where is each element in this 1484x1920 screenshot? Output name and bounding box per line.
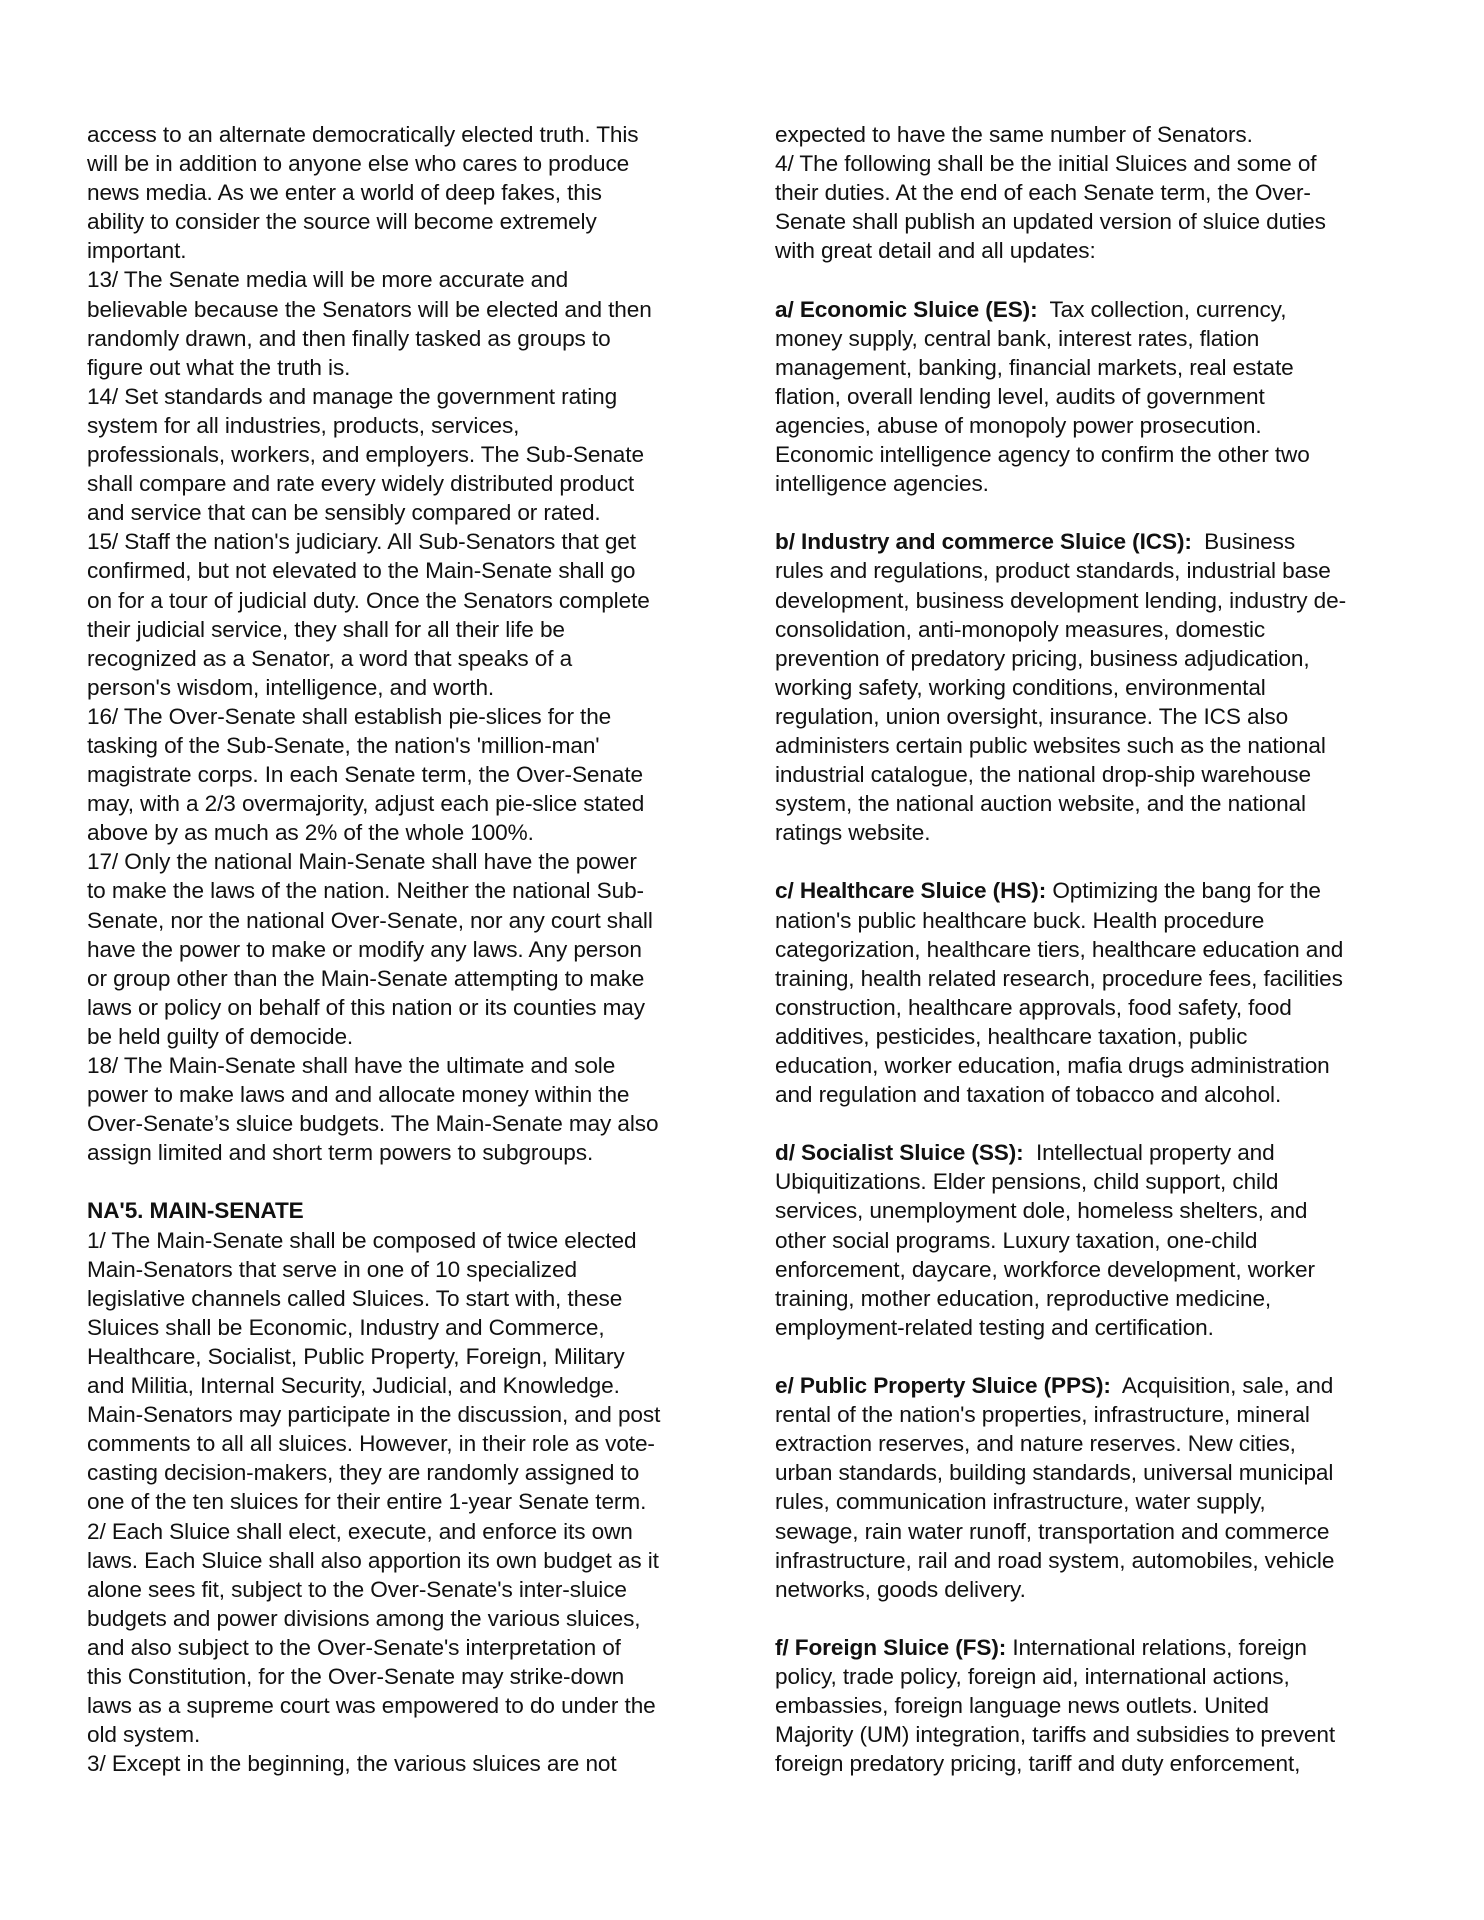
text-line: tasking of the Sub-Senate, the nation's … bbox=[87, 731, 717, 760]
sluice-label: a/ Economic Sluice (ES): bbox=[775, 297, 1038, 322]
text-line: Economic intelligence agency to confirm … bbox=[775, 440, 1405, 469]
text-line: this Constitution, for the Over-Senate m… bbox=[87, 1662, 717, 1691]
text-line: rental of the nation's properties, infra… bbox=[775, 1400, 1405, 1429]
text-line: rules, communication infrastructure, wat… bbox=[775, 1487, 1405, 1516]
sluice-list: a/ Economic Sluice (ES): Tax collection,… bbox=[775, 265, 1405, 1778]
sluice-entry: c/ Healthcare Sluice (HS): Optimizing th… bbox=[775, 876, 1405, 1109]
text-line: 2/ Each Sluice shall elect, execute, and… bbox=[87, 1517, 717, 1546]
sluice-label: f/ Foreign Sluice (FS): bbox=[775, 1635, 1006, 1660]
sluice-entry: f/ Foreign Sluice (FS): International re… bbox=[775, 1633, 1405, 1778]
text-line: sewage, rain water runoff, transportatio… bbox=[775, 1517, 1405, 1546]
text-line: Majority (UM) integration, tariffs and s… bbox=[775, 1720, 1405, 1749]
sluice-first-line: e/ Public Property Sluice (PPS): Acquisi… bbox=[775, 1371, 1405, 1400]
sluice-label: d/ Socialist Sluice (SS): bbox=[775, 1140, 1024, 1165]
text-line: urban standards, building standards, uni… bbox=[775, 1458, 1405, 1487]
text-line: one of the ten sluices for their entire … bbox=[87, 1487, 717, 1516]
text-line: foreign predatory pricing, tariff and du… bbox=[775, 1749, 1405, 1778]
text-line: and service that can be sensibly compare… bbox=[87, 498, 717, 527]
sluice-description-start: Intellectual property and bbox=[1024, 1140, 1275, 1165]
text-line: laws. Each Sluice shall also apportion i… bbox=[87, 1546, 717, 1575]
text-line: training, mother education, reproductive… bbox=[775, 1284, 1405, 1313]
text-line: networks, goods delivery. bbox=[775, 1575, 1405, 1604]
spacer bbox=[775, 265, 1405, 294]
text-line: or group other than the Main-Senate atte… bbox=[87, 964, 717, 993]
text-line: professionals, workers, and employers. T… bbox=[87, 440, 717, 469]
text-line: confirmed, but not elevated to the Main-… bbox=[87, 556, 717, 585]
text-line: Main-Senators may participate in the dis… bbox=[87, 1400, 717, 1429]
sluice-entry: d/ Socialist Sluice (SS): Intellectual p… bbox=[775, 1138, 1405, 1342]
sluice-label: b/ Industry and commerce Sluice (ICS): bbox=[775, 529, 1192, 554]
text-line: 15/ Staff the nation's judiciary. All Su… bbox=[87, 527, 717, 556]
text-line: ratings website. bbox=[775, 818, 1405, 847]
text-line: and also subject to the Over-Senate's in… bbox=[87, 1633, 717, 1662]
sluice-description-start: International relations, foreign bbox=[1006, 1635, 1307, 1660]
text-line: enforcement, daycare, workforce developm… bbox=[775, 1255, 1405, 1284]
spacer bbox=[775, 847, 1405, 876]
text-line: ability to consider the source will beco… bbox=[87, 207, 717, 236]
section-heading: NA'5. MAIN-SENATE bbox=[87, 1196, 717, 1225]
text-line: 18/ The Main-Senate shall have the ultim… bbox=[87, 1051, 717, 1080]
spacer bbox=[87, 1167, 717, 1196]
text-line: alone sees fit, subject to the Over-Sena… bbox=[87, 1575, 717, 1604]
text-line: money supply, central bank, interest rat… bbox=[775, 324, 1405, 353]
text-line: power to make laws and and allocate mone… bbox=[87, 1080, 717, 1109]
text-line: Over-Senate’s sluice budgets. The Main-S… bbox=[87, 1109, 717, 1138]
text-line: comments to all all sluices. However, in… bbox=[87, 1429, 717, 1458]
text-line: other social programs. Luxury taxation, … bbox=[775, 1226, 1405, 1255]
text-line: services, unemployment dole, homeless sh… bbox=[775, 1196, 1405, 1225]
text-line: magistrate corps. In each Senate term, t… bbox=[87, 760, 717, 789]
text-line: regulation, union oversight, insurance. … bbox=[775, 702, 1405, 731]
sluice-first-line: d/ Socialist Sluice (SS): Intellectual p… bbox=[775, 1138, 1405, 1167]
sluice-description-start: Acquisition, sale, and bbox=[1111, 1373, 1333, 1398]
sluice-description-start: Business bbox=[1192, 529, 1295, 554]
spacer bbox=[775, 1604, 1405, 1633]
sluice-first-line: f/ Foreign Sluice (FS): International re… bbox=[775, 1633, 1405, 1662]
text-line: and regulation and taxation of tobacco a… bbox=[775, 1080, 1405, 1109]
text-line: recognized as a Senator, a word that spe… bbox=[87, 644, 717, 673]
sluice-first-line: b/ Industry and commerce Sluice (ICS): B… bbox=[775, 527, 1405, 556]
text-line: training, health related research, proce… bbox=[775, 964, 1405, 993]
text-line: have the power to make or modify any law… bbox=[87, 935, 717, 964]
text-line: news media. As we enter a world of deep … bbox=[87, 178, 717, 207]
text-line: 1/ The Main-Senate shall be composed of … bbox=[87, 1226, 717, 1255]
text-line: 16/ The Over-Senate shall establish pie-… bbox=[87, 702, 717, 731]
text-line: to make the laws of the nation. Neither … bbox=[87, 876, 717, 905]
sluice-first-line: c/ Healthcare Sluice (HS): Optimizing th… bbox=[775, 876, 1405, 905]
text-line: 14/ Set standards and manage the governm… bbox=[87, 382, 717, 411]
sluice-description-start: Tax collection, currency, bbox=[1038, 297, 1287, 322]
text-line: 17/ Only the national Main-Senate shall … bbox=[87, 847, 717, 876]
text-line: believable because the Senators will be … bbox=[87, 295, 717, 324]
text-line: laws as a supreme court was empowered to… bbox=[87, 1691, 717, 1720]
text-line: 3/ Except in the beginning, the various … bbox=[87, 1749, 717, 1778]
text-line: figure out what the truth is. bbox=[87, 353, 717, 382]
text-line: additives, pesticides, healthcare taxati… bbox=[775, 1022, 1405, 1051]
text-line: management, banking, financial markets, … bbox=[775, 353, 1405, 382]
text-line: expected to have the same number of Sena… bbox=[775, 120, 1405, 149]
text-line: agencies, abuse of monopoly power prosec… bbox=[775, 411, 1405, 440]
text-line: access to an alternate democratically el… bbox=[87, 120, 717, 149]
sluice-entry: a/ Economic Sluice (ES): Tax collection,… bbox=[775, 295, 1405, 499]
text-line: 4/ The following shall be the initial Sl… bbox=[775, 149, 1405, 178]
right-column: expected to have the same number of Sena… bbox=[775, 120, 1405, 1778]
text-line: extraction reserves, and nature reserves… bbox=[775, 1429, 1405, 1458]
text-line: budgets and power divisions among the va… bbox=[87, 1604, 717, 1633]
text-line: above by as much as 2% of the whole 100%… bbox=[87, 818, 717, 847]
text-line: administers certain public websites such… bbox=[775, 731, 1405, 760]
sluice-description-start: Optimizing the bang for the bbox=[1046, 878, 1321, 903]
text-line: person's wisdom, intelligence, and worth… bbox=[87, 673, 717, 702]
text-line: 13/ The Senate media will be more accura… bbox=[87, 265, 717, 294]
text-line: intelligence agencies. bbox=[775, 469, 1405, 498]
text-line: consolidation, anti-monopoly measures, d… bbox=[775, 615, 1405, 644]
text-line: prevention of predatory pricing, busines… bbox=[775, 644, 1405, 673]
text-line: infrastructure, rail and road system, au… bbox=[775, 1546, 1405, 1575]
text-line: Senate, nor the national Over-Senate, no… bbox=[87, 906, 717, 935]
spacer bbox=[775, 1109, 1405, 1138]
text-line: old system. bbox=[87, 1720, 717, 1749]
text-line: with great detail and all updates: bbox=[775, 236, 1405, 265]
text-line: assign limited and short term powers to … bbox=[87, 1138, 717, 1167]
spacer bbox=[775, 1342, 1405, 1371]
text-line: be held guilty of democide. bbox=[87, 1022, 717, 1051]
sluice-first-line: a/ Economic Sluice (ES): Tax collection,… bbox=[775, 295, 1405, 324]
text-line: development, business development lendin… bbox=[775, 586, 1405, 615]
text-line: casting decision-makers, they are random… bbox=[87, 1458, 717, 1487]
text-line: on for a tour of judicial duty. Once the… bbox=[87, 586, 717, 615]
right-intro: expected to have the same number of Sena… bbox=[775, 120, 1405, 265]
text-line: system for all industries, products, ser… bbox=[87, 411, 717, 440]
text-line: may, with a 2/3 overmajority, adjust eac… bbox=[87, 789, 717, 818]
text-line: their judicial service, they shall for a… bbox=[87, 615, 717, 644]
text-line: legislative channels called Sluices. To … bbox=[87, 1284, 717, 1313]
sluice-entry: b/ Industry and commerce Sluice (ICS): B… bbox=[775, 527, 1405, 847]
text-line: construction, healthcare approvals, food… bbox=[775, 993, 1405, 1022]
text-line: shall compare and rate every widely dist… bbox=[87, 469, 717, 498]
text-line: categorization, healthcare tiers, health… bbox=[775, 935, 1405, 964]
text-line: laws or policy on behalf of this nation … bbox=[87, 993, 717, 1022]
left-paragraphs-before-heading: access to an alternate democratically el… bbox=[87, 120, 717, 1167]
text-line: important. bbox=[87, 236, 717, 265]
text-line: Senate shall publish an updated version … bbox=[775, 207, 1405, 236]
sluice-entry: e/ Public Property Sluice (PPS): Acquisi… bbox=[775, 1371, 1405, 1604]
text-line: education, worker education, mafia drugs… bbox=[775, 1051, 1405, 1080]
text-line: rules and regulations, product standards… bbox=[775, 556, 1405, 585]
text-line: Ubiquitizations. Elder pensions, child s… bbox=[775, 1167, 1405, 1196]
sluice-label: c/ Healthcare Sluice (HS): bbox=[775, 878, 1046, 903]
text-line: Main-Senators that serve in one of 10 sp… bbox=[87, 1255, 717, 1284]
sluice-label: e/ Public Property Sluice (PPS): bbox=[775, 1373, 1111, 1398]
text-line: system, the national auction website, an… bbox=[775, 789, 1405, 818]
text-line: industrial catalogue, the national drop-… bbox=[775, 760, 1405, 789]
text-line: employment-related testing and certifica… bbox=[775, 1313, 1405, 1342]
text-line: working safety, working conditions, envi… bbox=[775, 673, 1405, 702]
text-line: embassies, foreign language news outlets… bbox=[775, 1691, 1405, 1720]
text-line: policy, trade policy, foreign aid, inter… bbox=[775, 1662, 1405, 1691]
text-line: and Militia, Internal Security, Judicial… bbox=[87, 1371, 717, 1400]
left-paragraphs-after-heading: 1/ The Main-Senate shall be composed of … bbox=[87, 1226, 717, 1779]
text-line: nation's public healthcare buck. Health … bbox=[775, 906, 1405, 935]
text-line: flation, overall lending level, audits o… bbox=[775, 382, 1405, 411]
text-line: randomly drawn, and then finally tasked … bbox=[87, 324, 717, 353]
spacer bbox=[775, 498, 1405, 527]
document-page: access to an alternate democratically el… bbox=[0, 0, 1484, 1920]
left-column: access to an alternate democratically el… bbox=[87, 120, 717, 1778]
text-line: Healthcare, Socialist, Public Property, … bbox=[87, 1342, 717, 1371]
text-line: will be in addition to anyone else who c… bbox=[87, 149, 717, 178]
text-line: their duties. At the end of each Senate … bbox=[775, 178, 1405, 207]
text-line: Sluices shall be Economic, Industry and … bbox=[87, 1313, 717, 1342]
